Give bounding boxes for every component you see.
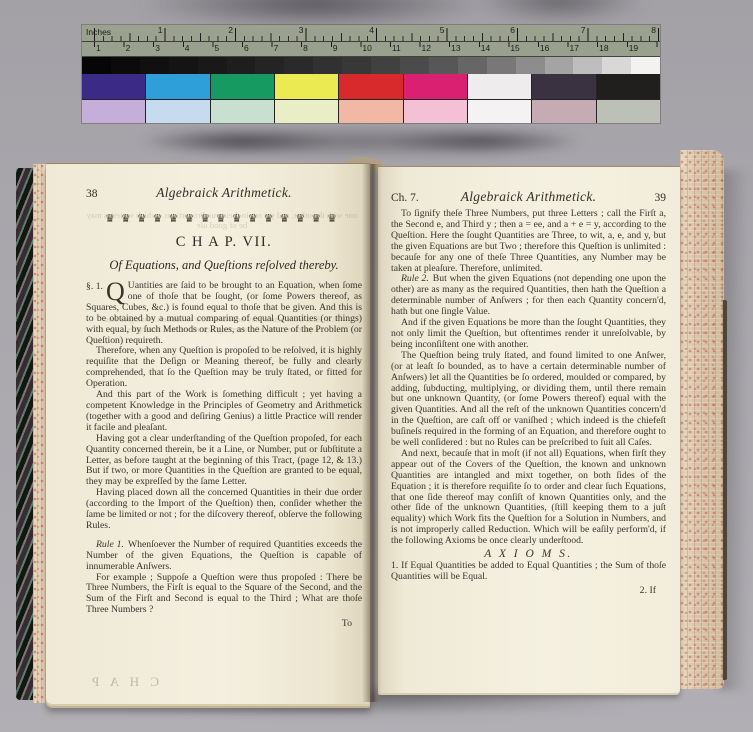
grayscale-step <box>400 57 429 74</box>
rule-label: Rule 2. <box>401 273 429 284</box>
paragraph-text: And next, becauſe that in moſt (if not a… <box>391 448 666 546</box>
right-fore-edge-stack <box>680 150 724 689</box>
cm-number: 4 <box>183 42 213 56</box>
cover-board-sliver <box>723 300 727 680</box>
section-mark: §. 1. <box>86 282 103 293</box>
paragraph-text: To ſignify theſe Three Numbers, put thre… <box>391 208 666 274</box>
paragraph: The Queſtion being truly ſtated, and fou… <box>391 351 666 449</box>
left-page-header: 38 Algebraick Arithmetick. <box>86 185 362 201</box>
color-patch <box>339 100 402 123</box>
cm-number: 19 <box>627 42 657 56</box>
cm-number: 11 <box>390 42 420 56</box>
rule-label: Rule 1. <box>96 539 124 550</box>
right-page-content: Ch. 7. Algebraick Arithmetick. 39 To ſig… <box>378 167 680 693</box>
color-patch <box>597 100 660 123</box>
calibration-card: Inches 12345678 123456789101112131415161… <box>82 25 660 123</box>
grayscale-step <box>255 57 284 74</box>
chapter-heading: C H A P. VII. <box>86 234 362 251</box>
right-page-header: Ch. 7. Algebraick Arithmetick. 39 <box>391 189 666 205</box>
inch-numbers: 12345678 <box>94 25 659 41</box>
cm-number: 17 <box>568 42 598 56</box>
paragraph: Rule 2.But when the given Equations (not… <box>391 274 666 318</box>
paragraph: And this part of the Work is ſomething d… <box>86 390 362 434</box>
grayscale-step <box>429 57 458 74</box>
cm-numbers: 12345678910111213141516171819 <box>94 42 659 56</box>
ruler-inches-row: Inches 12345678 <box>82 25 660 42</box>
color-strip-saturated <box>82 74 660 100</box>
paragraph: And if the given Equations be more than … <box>391 318 666 351</box>
paragraph-text: For example ; Suppoſe a Queſtion were th… <box>86 572 362 616</box>
crown-ornament-row: ♛♛♛♛♛♛♛♛♛♛♛♛♛♛♛ <box>86 212 362 225</box>
color-patch <box>339 74 402 99</box>
cm-scale: 12345678910111213141516171819 <box>94 42 659 56</box>
cm-number: 15 <box>508 42 538 56</box>
paragraph-text: Uantities are ſaid to be brought to an E… <box>86 280 362 346</box>
cm-number: 14 <box>479 42 509 56</box>
grayscale-step <box>516 57 545 74</box>
cm-number: 12 <box>420 42 450 56</box>
color-patch <box>146 74 209 99</box>
marbled-cover-edge <box>16 168 33 700</box>
inches-scale: 12345678 <box>94 25 659 41</box>
cm-number: 16 <box>538 42 568 56</box>
paragraph: Having got a clear underſtanding of the … <box>86 434 362 489</box>
paragraph-text: And this part of the Work is ſomething d… <box>86 389 362 433</box>
dropcap-unit: §. 1.Q <box>86 282 125 302</box>
page-number: 38 <box>86 188 130 200</box>
book-photograph-scene: Inches 12345678 123456789101112131415161… <box>0 0 753 732</box>
left-paragraph-list: Therefore, when any Queſtion is propoſed… <box>86 346 362 616</box>
catchword: To <box>86 619 362 630</box>
grayscale-strip <box>82 57 660 74</box>
left-page-edge-stack <box>33 164 46 703</box>
grayscale-step <box>111 57 140 74</box>
ruler-cm-row: 12345678910111213141516171819 <box>82 42 660 57</box>
cm-number: 8 <box>301 42 331 56</box>
grayscale-step <box>198 57 227 74</box>
gutter-shadow <box>362 164 382 702</box>
paragraph-text: Whenſoever the Number of required Quanti… <box>86 539 362 572</box>
inch-number: 4 <box>306 25 377 41</box>
color-patch <box>146 100 209 123</box>
inch-number: 1 <box>94 25 165 41</box>
chapter-label: Ch. 7. <box>391 192 435 204</box>
axioms-heading: A X I O M S. <box>391 549 666 560</box>
chapter-subtitle: Of Equations, and Queſtions reſolved the… <box>86 258 362 273</box>
page-number: 39 <box>622 192 666 204</box>
catchword: 2. If <box>391 586 666 597</box>
color-patch <box>82 100 145 123</box>
dropcap-letter: Q <box>106 282 125 302</box>
inch-number: 7 <box>517 25 588 41</box>
paragraph: Therefore, when any Queſtion is propoſed… <box>86 346 362 390</box>
grayscale-step <box>631 57 660 74</box>
grayscale-step <box>573 57 602 74</box>
paragraph-text: Therefore, when any Queſtion is propoſed… <box>86 345 362 389</box>
color-patch <box>468 100 531 123</box>
paragraph: Rule 1.Whenſoever the Number of required… <box>86 540 362 573</box>
grayscale-step <box>342 57 371 74</box>
grayscale-step <box>313 57 342 74</box>
right-page: Ch. 7. Algebraick Arithmetick. 39 To ſig… <box>378 166 680 693</box>
inch-number: 2 <box>165 25 236 41</box>
color-patch <box>82 74 145 99</box>
cm-number: 3 <box>153 42 183 56</box>
color-patch <box>275 74 338 99</box>
left-page-content: one with the other, and yet retain their… <box>46 164 370 704</box>
cm-number: 7 <box>272 42 302 56</box>
color-patch <box>597 74 660 99</box>
right-page-body: To ſignify theſe Three Numbers, put thre… <box>391 209 666 597</box>
grayscale-step <box>284 57 313 74</box>
color-patch <box>404 74 467 99</box>
color-patch <box>211 74 274 99</box>
show-through-chap: C H A P <box>88 674 159 690</box>
inch-number: 6 <box>447 25 518 41</box>
paragraph: Having placed down all the concerned Qua… <box>86 488 362 532</box>
cm-number: 5 <box>212 42 242 56</box>
color-strip-pastel <box>82 100 660 123</box>
paragraph: To ſignify theſe Three Numbers, put thre… <box>391 209 666 274</box>
paragraph-text: Having placed down all the concerned Qua… <box>86 487 362 531</box>
cm-number: 6 <box>242 42 272 56</box>
cm-number: 1 <box>94 42 124 56</box>
paragraph: For example ; Suppoſe a Queſtion were th… <box>86 573 362 617</box>
inch-number: 8 <box>588 25 659 41</box>
inch-number: 5 <box>376 25 447 41</box>
cm-number: 9 <box>331 42 361 56</box>
color-patch <box>468 74 531 99</box>
grayscale-step <box>371 57 400 74</box>
cm-number: 2 <box>124 42 154 56</box>
cm-number: 13 <box>449 42 479 56</box>
grayscale-step <box>458 57 487 74</box>
paragraph-text: Having got a clear underſtanding of the … <box>86 433 362 488</box>
cm-number: 18 <box>597 42 627 56</box>
color-patch <box>532 74 595 99</box>
color-patch <box>275 100 338 123</box>
grayscale-step <box>602 57 631 74</box>
grayscale-step <box>487 57 516 74</box>
paragraph-text: And if the given Equations be more than … <box>391 317 666 350</box>
color-patch <box>532 100 595 123</box>
grayscale-step <box>140 57 169 74</box>
axiom-paragraph: 1. If Equal Quantities be added to Equal… <box>391 561 666 583</box>
right-paragraph-list: To ſignify theſe Three Numbers, put thre… <box>391 209 666 547</box>
grayscale-step <box>545 57 574 74</box>
left-page-body: §. 1.QUantities are ſaid to be brought t… <box>86 281 362 630</box>
running-title: Algebraick Arithmetick. <box>435 189 622 205</box>
grayscale-step <box>227 57 256 74</box>
grayscale-step <box>82 57 111 74</box>
paragraph: §. 1.QUantities are ſaid to be brought t… <box>86 281 362 346</box>
left-page: one with the other, and yet retain their… <box>46 163 370 704</box>
cm-number: 10 <box>360 42 390 56</box>
paragraph-text: But when the given Equations (not depend… <box>391 273 666 317</box>
grayscale-step <box>169 57 198 74</box>
color-patch <box>404 100 467 123</box>
inch-number: 3 <box>235 25 306 41</box>
paragraph: And next, becauſe that in moſt (if not a… <box>391 449 666 547</box>
paragraph-text: The Queſtion being truly ſtated, and fou… <box>391 350 666 448</box>
running-title: Algebraick Arithmetick. <box>130 185 318 201</box>
color-patch <box>211 100 274 123</box>
